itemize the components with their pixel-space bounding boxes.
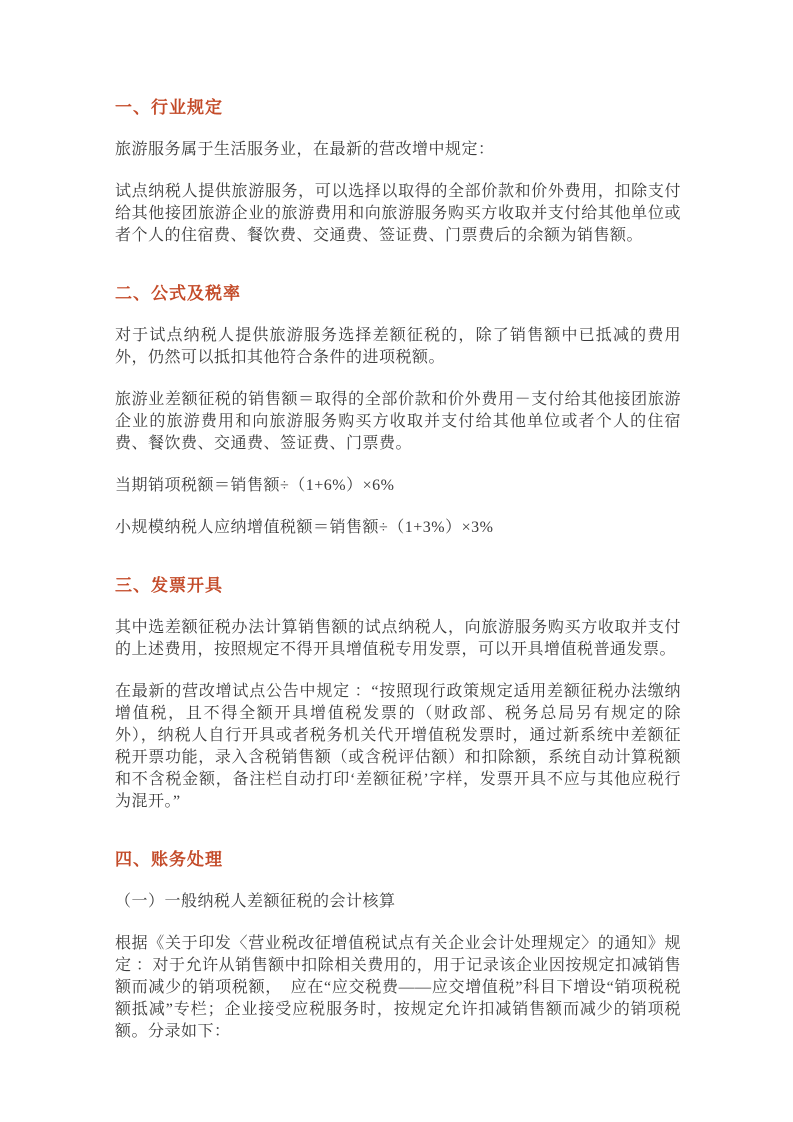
section-industry-rules: 一、行业规定 旅游服务属于生活服务业，在最新的营改增中规定： 试点纳税人提供旅游… (115, 97, 681, 247)
section-accounting-treatment: 四、账务处理 （一）一般纳税人差额征税的会计核算 根据《关于印发〈营业税改征增值… (115, 849, 681, 1043)
paragraph: 旅游服务属于生活服务业，在最新的营改增中规定： (115, 139, 681, 161)
section-formula-and-tax-rate: 二、公式及税率 对于试点纳税人提供旅游服务选择差额征税的，除了销售额中已抵减的费… (115, 283, 681, 539)
section-heading-invoice-issuance: 三、发票开具 (115, 575, 681, 597)
document-page: 一、行业规定 旅游服务属于生活服务业，在最新的营改增中规定： 试点纳税人提供旅游… (0, 0, 793, 1122)
paragraph: 对于试点纳税人提供旅游服务选择差额征税的，除了销售额中已抵减的费用外，仍然可以抵… (115, 325, 681, 369)
subsection-title: （一）一般纳税人差额征税的会计核算 (115, 891, 681, 913)
paragraph: 其中选差额征税办法计算销售额的试点纳税人，向旅游服务购买方收取并支付的上述费用，… (115, 617, 681, 661)
paragraph: 在最新的营改增试点公告中规定 ：“按照现行政策规定适用差额征税办法缴纳增值税，且… (115, 681, 681, 813)
section-invoice-issuance: 三、发票开具 其中选差额征税办法计算销售额的试点纳税人，向旅游服务购买方收取并支… (115, 575, 681, 813)
section-heading-industry-rules: 一、行业规定 (115, 97, 681, 119)
section-heading-formula-and-tax-rate: 二、公式及税率 (115, 283, 681, 305)
formula-small-taxpayer: 小规模纳税人应纳增值税额＝销售额÷（1+3%）×3% (115, 517, 681, 539)
paragraph: 旅游业差额征税的销售额＝取得的全部价款和价外费用－支付给其他接团旅游企业的旅游费… (115, 389, 681, 455)
formula-output-tax: 当期销项税额＝销售额÷（1+6%）×6% (115, 475, 681, 497)
paragraph: 根据《关于印发〈营业税改征增值税试点有关企业会计处理规定〉的通知》规定 ：对于允… (115, 933, 681, 1043)
paragraph: 试点纳税人提供旅游服务，可以选择以取得的全部价款和价外费用，扣除支付给其他接团旅… (115, 181, 681, 247)
section-heading-accounting-treatment: 四、账务处理 (115, 849, 681, 871)
